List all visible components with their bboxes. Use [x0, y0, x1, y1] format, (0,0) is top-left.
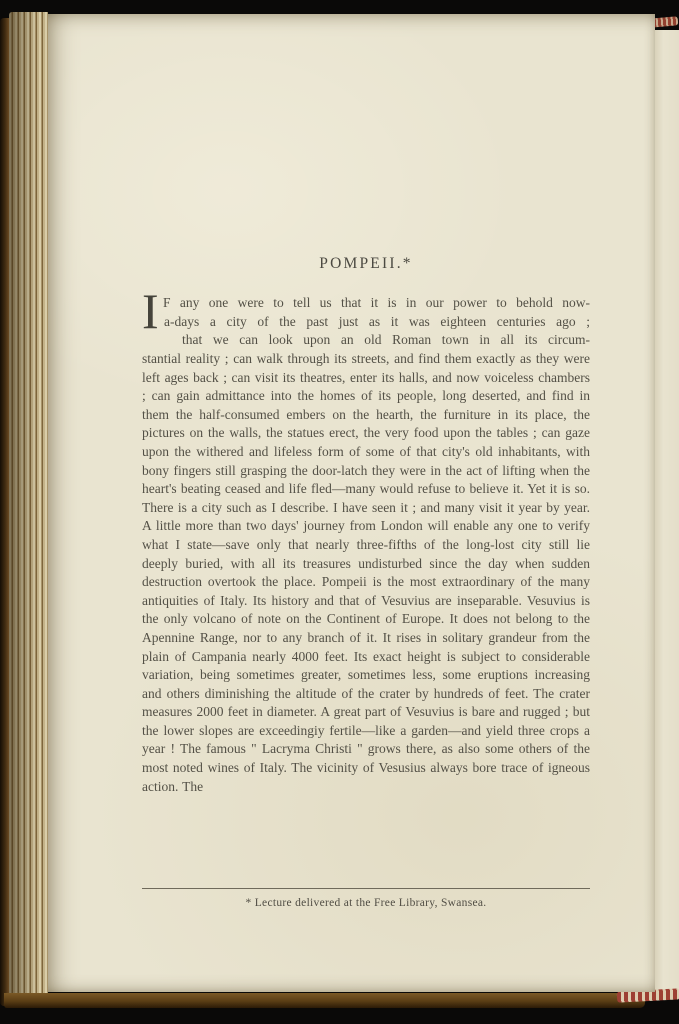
opening-line: that we can look upon an old Roman town …: [142, 331, 590, 350]
book-spine-edge: [0, 18, 9, 1006]
page-heading: POMPEII.*: [142, 255, 590, 273]
footnote: * Lecture delivered at the Free Library,…: [142, 897, 590, 909]
page-edges-left: [9, 12, 48, 996]
opening-line: F any one were to tell us that it is in …: [142, 294, 590, 313]
book-cover-bottom-edge: [4, 993, 645, 1008]
book: POMPEII.* I F any one were to tell us th…: [0, 12, 679, 1008]
footnote-rule: [142, 888, 590, 889]
adjacent-page-edge: [653, 30, 679, 998]
opening-line: a-days a city of the past just as it was…: [142, 313, 590, 332]
scan-background: POMPEII.* I F any one were to tell us th…: [0, 0, 679, 1024]
opening-lines: I F any one were to tell us that it is i…: [142, 294, 590, 350]
drop-cap: I: [142, 286, 159, 336]
book-page: POMPEII.* I F any one were to tell us th…: [48, 14, 655, 992]
body-paragraph: stantial reality ; can walk through its …: [142, 350, 590, 872]
